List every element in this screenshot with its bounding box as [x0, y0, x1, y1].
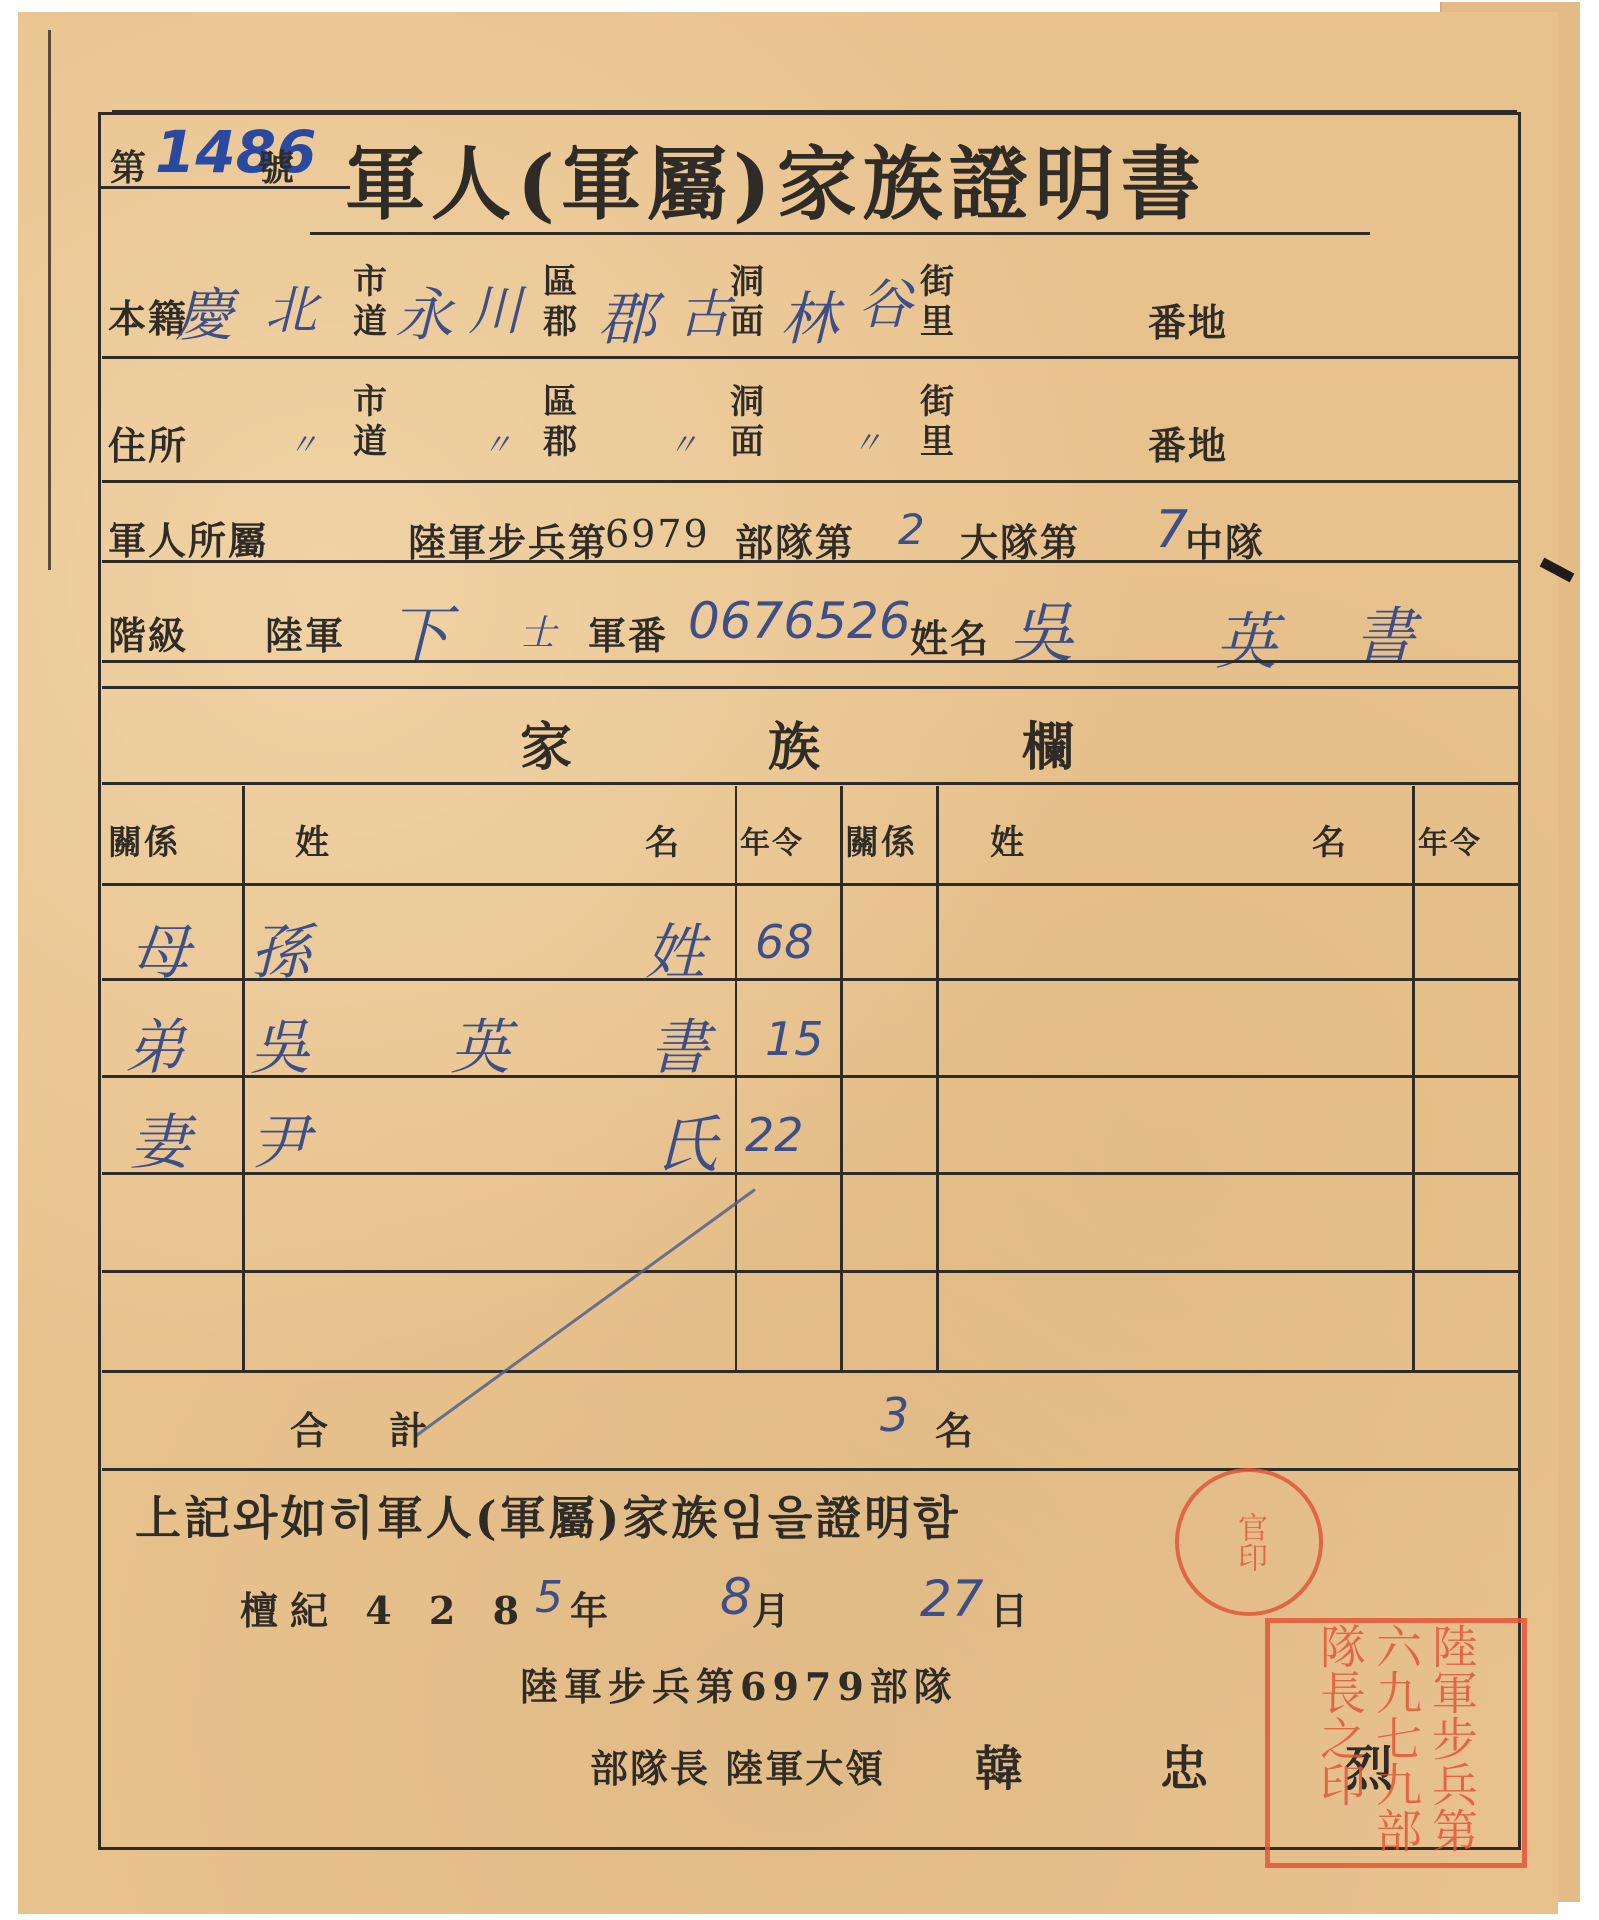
- col-divider: [936, 786, 939, 1370]
- honjeok-gu-gun: 區郡: [543, 262, 577, 342]
- header-age-left: 年令: [740, 818, 804, 862]
- affiliation-prefix: 陸軍步兵第: [408, 512, 608, 567]
- row-2-relation: 弟: [125, 1000, 185, 1086]
- affiliation-label: 軍人所屬: [108, 510, 268, 565]
- serial-underline: [100, 186, 350, 189]
- honjeok-hand-2: 北: [265, 268, 317, 343]
- honjeok-hand-1: 慶: [175, 268, 233, 352]
- header-relation-right: 關係: [845, 815, 917, 864]
- honjeok-hand-5: 郡: [598, 272, 656, 356]
- issuing-unit: 陸軍步兵第6979部隊: [520, 1656, 958, 1711]
- honjeok-beonji: 番地: [1148, 292, 1228, 347]
- affiliation-budae: 部隊第: [735, 512, 855, 567]
- row-3-given-name: 氏: [655, 1095, 717, 1184]
- table-row-line: [102, 978, 1520, 981]
- left-binding-line: [48, 30, 51, 570]
- square-unit-seal: 陸軍步兵第六九七九部隊長之印: [1265, 1618, 1527, 1868]
- col-divider: [735, 786, 737, 1370]
- row-1-relation: 母: [130, 905, 190, 991]
- date-month: 8: [720, 1568, 752, 1626]
- row-divider: [102, 356, 1520, 359]
- date-year-label: 年: [570, 1580, 610, 1635]
- table-row-line: [102, 1172, 1520, 1175]
- affiliation-daedae: 大隊第: [960, 512, 1080, 567]
- date-day: 27: [920, 1570, 984, 1628]
- serial-suffix: 號: [258, 140, 296, 191]
- honjeok-gae-ri: 街里: [920, 262, 954, 342]
- row-2-given-name: 英 書: [450, 1000, 709, 1086]
- serial-prefix: 第: [110, 140, 148, 191]
- family-header-top: [102, 782, 1520, 785]
- commander-name-2: 忠: [1160, 1730, 1210, 1799]
- row-3-surname: 尹: [250, 1095, 310, 1181]
- table-row-line: [102, 1075, 1520, 1078]
- date-month-label: 月: [752, 1580, 792, 1635]
- header-given-right: 名: [1312, 815, 1348, 864]
- family-title-1: 家: [520, 705, 574, 780]
- affiliation-battalion: 2: [898, 505, 925, 554]
- document-title: 軍人(軍屬)家族證明書: [345, 120, 1207, 235]
- ditto-mark: 〃: [852, 418, 882, 462]
- honjeok-dong-myeon: 洞面: [730, 262, 764, 342]
- jusho-beonji: 番地: [1148, 415, 1228, 470]
- commander-name-1: 韓: [975, 1730, 1025, 1799]
- date-year: 5: [535, 1572, 563, 1623]
- service-number-label: 軍番: [588, 605, 668, 660]
- table-row-line: [102, 883, 1520, 886]
- row-1-given-name: 姓: [645, 905, 705, 991]
- honjeok-hand-3: 永: [395, 268, 453, 352]
- row-divider: [102, 660, 1520, 663]
- jusho-dong-myeon: 洞面: [730, 382, 764, 462]
- family-title-2: 族: [768, 705, 822, 780]
- header-relation-left: 關係: [108, 815, 180, 864]
- date-day-label: 日: [990, 1580, 1030, 1635]
- row-3-age: 22: [745, 1108, 804, 1162]
- row-2-age: 15: [765, 1012, 824, 1066]
- name-hand-given-1: 英: [1215, 592, 1277, 681]
- service-number: 0676526: [688, 592, 911, 650]
- col-divider: [840, 786, 843, 1370]
- honjeok-hand-7: 林: [780, 272, 838, 356]
- commander-title: 部隊長 陸軍大領: [590, 1738, 885, 1793]
- jusho-si-do: 市道: [353, 382, 387, 462]
- affiliation-company: 7: [1155, 500, 1188, 560]
- honjeok-hand-6: 古: [678, 272, 730, 347]
- row-divider: [102, 560, 1520, 563]
- date-prefix: 檀紀 4 2 8: [240, 1580, 531, 1635]
- header-age-right: 年令: [1418, 818, 1482, 862]
- total-label: 合 計: [290, 1400, 451, 1455]
- table-row-line: [102, 1370, 1520, 1373]
- certification-statement: 上記와如히軍人(軍屬)家族임을證明함: [135, 1482, 961, 1548]
- jusho-gu-gun: 區郡: [543, 382, 577, 462]
- row-2-surname: 吳: [250, 1000, 310, 1086]
- header-surname-right: 姓: [990, 815, 1026, 864]
- honjeok-hand-8: 谷: [858, 262, 912, 339]
- row-divider: [102, 686, 1520, 689]
- title-underline: [310, 232, 1370, 235]
- jusho-label: 住所: [108, 415, 188, 470]
- row-divider: [102, 480, 1520, 483]
- header-given-left: 名: [645, 815, 681, 864]
- name-label: 姓名: [910, 608, 990, 663]
- ditto-mark: 〃: [668, 420, 698, 464]
- row-1-age: 68: [755, 915, 814, 969]
- col-divider: [242, 786, 245, 1370]
- affiliation-jungdae: 中隊: [1185, 512, 1265, 567]
- honjeok-hand-4: 川: [468, 268, 522, 345]
- rank-branch: 陸軍: [265, 605, 345, 660]
- table-row-line: [102, 1270, 1520, 1273]
- rank-hand-2: 士: [520, 605, 556, 656]
- total-unit: 名: [935, 1400, 975, 1455]
- family-title-3: 欄: [1022, 705, 1076, 780]
- header-surname-left: 姓: [295, 815, 331, 864]
- affiliation-unit-number: 6979: [605, 512, 710, 556]
- row-1-surname: 孫: [250, 905, 310, 991]
- ditto-mark: 〃: [482, 420, 512, 464]
- honjeok-si-do: 市道: [353, 262, 387, 342]
- ditto-mark: 〃: [288, 420, 318, 464]
- jusho-gae-ri: 街里: [920, 382, 954, 462]
- col-divider: [1412, 786, 1415, 1370]
- total-divider: [102, 1468, 1520, 1471]
- rank-label: 階級: [108, 605, 188, 660]
- row-3-relation: 妻: [130, 1095, 190, 1181]
- round-official-seal: 官印: [1175, 1468, 1323, 1616]
- total-count: 3: [880, 1388, 909, 1442]
